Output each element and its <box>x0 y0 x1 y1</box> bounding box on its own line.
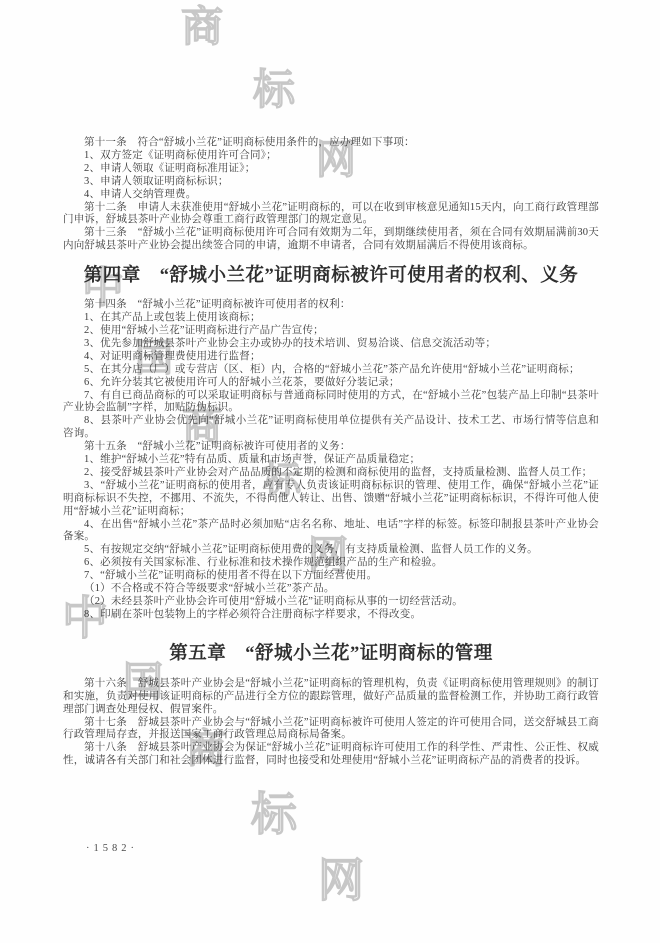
paragraph-item: 7、有自已商品商标的可以采取证明商标与普通商标同时使用的方式，在“舒城小兰花”包… <box>63 390 599 416</box>
paragraph-item: 6、必须按有关国家标准、行业标准和技术操作规范组织产品的生产和检验。 <box>63 557 599 570</box>
chapter-5-heading: 第五章 “舒城小兰花”证明商标的管理 <box>63 643 599 666</box>
paragraph-article-17: 第十七条 舒城县茶叶产业协会与“舒城小兰花”证明商标被许可使用人签定的许可使用合… <box>63 717 599 743</box>
paragraph-item: 5、在其分店（厂）或专营店（区、柜）内，合格的“舒城小兰花”茶产品允许使用“舒城… <box>63 364 599 377</box>
watermark-glyph: 标 <box>253 70 295 112</box>
paragraph-article-13: 第十三条 “舒城小兰花”证明商标使用许可合同有效期为二年，到期继续使用者，须在合… <box>63 227 599 253</box>
paragraph-item: 8、印刷在茶叶包装物上的字样必须符合注册商标字样要求，不得改变。 <box>63 609 599 622</box>
paragraph-item: 4、对证明商标管理费使用进行监督； <box>63 351 599 364</box>
document-body: 第十一条 符合“舒城小兰花”证明商标使用条件的，应办理如下事项： 1、双方签定《… <box>63 137 599 768</box>
paragraph-article-16: 第十六条 舒城县茶叶产业协会是“舒城小兰花”证明商标的管理机构，负责《证明商标使… <box>63 678 599 717</box>
paragraph-article-11: 第十一条 符合“舒城小兰花”证明商标使用条件的，应办理如下事项： <box>63 137 599 150</box>
chapter-4-heading: 第四章 “舒城小兰花”证明商标被许可使用者的权利、义务 <box>63 265 599 288</box>
watermark-glyph: 商 <box>181 7 223 49</box>
paragraph-article-14: 第十四条 “舒城小兰花”证明商标被许可使用者的权利： <box>63 299 599 312</box>
paragraph-item: 3、优先参加舒城县茶叶产业协会主办或协办的技术培训、贸易洽谈、信息交流活动等； <box>63 338 599 351</box>
paragraph-item: 7、“舒城小兰花”证明商标的使用者不得在以下方面经营使用。 <box>63 570 599 583</box>
paragraph-item: 8、县茶叶产业协会优先向“舒城小兰花”证明商标使用单位提供有关产品设计、技术工艺… <box>63 415 599 441</box>
page-number: ·1582· <box>86 843 138 854</box>
watermark-glyph: 标 <box>251 792 297 838</box>
paragraph-item: 2、接受舒城县茶叶产业协会对产品品质的不定期的检测和商标使用的监督，支持质量检测… <box>63 467 599 480</box>
paragraph-subitem: （2）未经县茶叶产业协会许可使用“舒城小兰花”证明商标从事的一切经营活动。 <box>63 596 599 609</box>
paragraph-item: 4、在出售“舒城小兰花”茶产品时必须加贴“店名名称、地址、电话”字样的标签。标签… <box>63 519 599 545</box>
paragraph-item: 4、申请人交纳管理费。 <box>63 189 599 202</box>
watermark-glyph: 网 <box>318 858 364 904</box>
paragraph-subitem: （1）不合格或不符合等级要求“舒城小兰花”茶产品。 <box>63 583 599 596</box>
document-page: 商标网中国商标网中国商标网 第十一条 符合“舒城小兰花”证明商标使用条件的，应办… <box>0 0 660 943</box>
paragraph-item: 6、允许分装其它被使用许可人的舒城小兰花茶，要做好分装记录； <box>63 377 599 390</box>
paragraph-item: 3、“舒城小兰花”证明商标的使用者，应有专人负责该证明商标标识的管理、使用工作，… <box>63 480 599 519</box>
paragraph-article-15: 第十五条 “舒城小兰花”证明商标被许可使用者的义务： <box>63 441 599 454</box>
paragraph-article-12: 第十二条 申请人未获准使用“舒城小兰花”证明商标的，可以在收到审核意见通知15天… <box>63 202 599 228</box>
paragraph-item: 1、在其产品上或包装上使用该商标； <box>63 312 599 325</box>
paragraph-item: 2、申请人领取《证明商标准用证》； <box>63 163 599 176</box>
paragraph-item: 1、维护“舒城小兰花”特有品质、质量和市场声誉，保证产品质量稳定； <box>63 454 599 467</box>
paragraph-article-18: 第十八条 舒城县茶叶产业协会为保证“舒城小兰花”证明商标许可使用工作的科学性、严… <box>63 742 599 768</box>
paragraph-item: 3、申请人领取证明商标标识； <box>63 176 599 189</box>
paragraph-item: 1、双方签定《证明商标使用许可合同》； <box>63 150 599 163</box>
paragraph-item: 5、有按规定交纳“舒城小兰花”证明商标使用费的义务，有支持质量检测、监督人员工作… <box>63 544 599 557</box>
paragraph-item: 2、使用“舒城小兰花”证明商标进行产品广告宣传； <box>63 325 599 338</box>
